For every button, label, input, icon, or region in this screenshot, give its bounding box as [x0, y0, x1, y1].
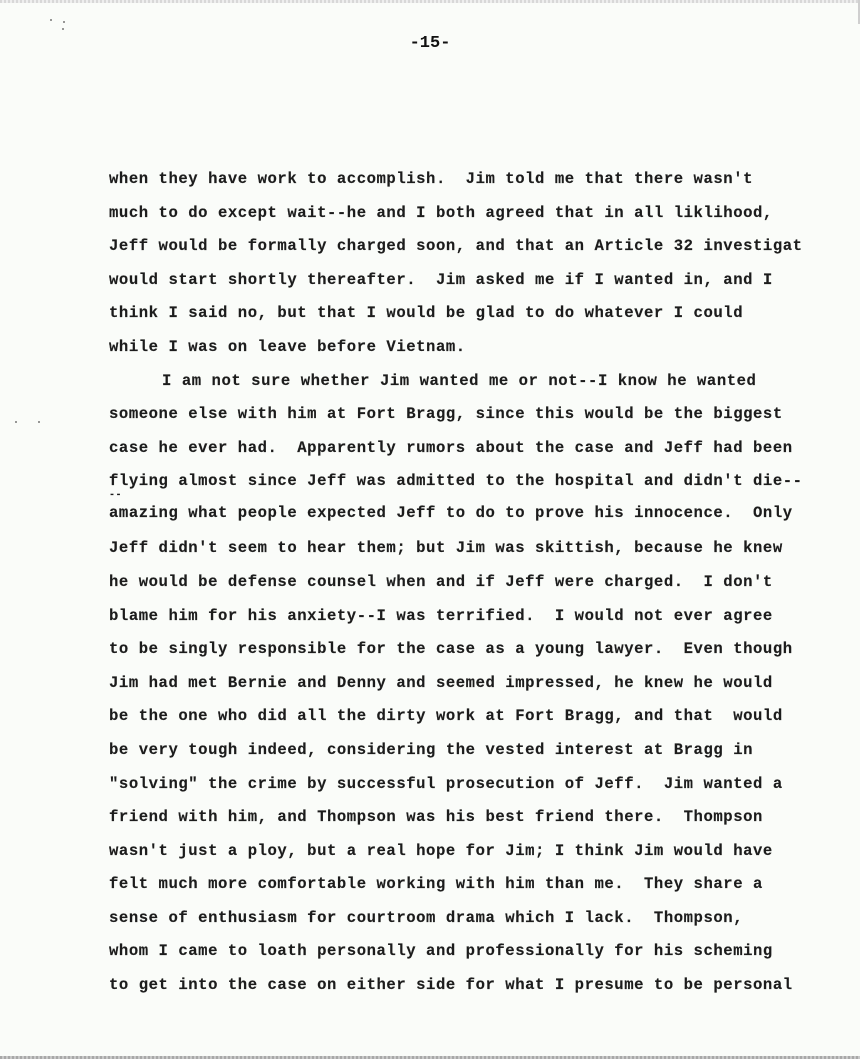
- text-line: someone else with him at Fort Bragg, sin…: [109, 402, 849, 436]
- text-line: case he ever had. Apparently rumors abou…: [109, 436, 849, 470]
- text-line: be very tough indeed, considering the ve…: [109, 738, 849, 772]
- document-body: when they have work to accomplish. Jim t…: [109, 167, 849, 1007]
- text-line: to get into the case on either side for …: [109, 973, 849, 1007]
- scan-speck: [63, 21, 65, 23]
- scan-speck: [50, 19, 52, 21]
- text-line: flying almost since Jeff was admitted to…: [109, 469, 849, 491]
- scan-speck: [62, 28, 64, 30]
- text-line: be the one who did all the dirty work at…: [109, 704, 849, 738]
- scan-speck: [15, 421, 17, 423]
- text-line: to be singly responsible for the case as…: [109, 637, 849, 671]
- text-line: think I said no, but that I would be gla…: [109, 301, 849, 335]
- text-line: whom I came to loath personally and prof…: [109, 939, 849, 973]
- text-line: wasn't just a ploy, but a real hope for …: [109, 839, 849, 873]
- text-line: would start shortly thereafter. Jim aske…: [109, 268, 849, 302]
- scan-speck: [38, 421, 40, 423]
- text-line: Jeff would be formally charged soon, and…: [109, 234, 849, 268]
- text-line: "solving" the crime by successful prosec…: [109, 772, 849, 806]
- text-line: Jeff didn't seem to hear them; but Jim w…: [109, 536, 849, 570]
- text-line: felt much more comfortable working with …: [109, 872, 849, 906]
- scan-top-edge: [0, 0, 860, 3]
- text-line: when they have work to accomplish. Jim t…: [109, 167, 849, 201]
- text-line: while I was on leave before Vietnam.: [109, 335, 849, 369]
- text-line: Jim had met Bernie and Denny and seemed …: [109, 671, 849, 705]
- text-line: amazing what people expected Jeff to do …: [109, 501, 849, 536]
- hyphen-continuation: --: [109, 491, 849, 501]
- text-line: much to do except wait--he and I both ag…: [109, 201, 849, 235]
- text-line: blame him for his anxiety--I was terrifi…: [109, 604, 849, 638]
- text-line: friend with him, and Thompson was his be…: [109, 805, 849, 839]
- text-line: sense of enthusiasm for courtroom drama …: [109, 906, 849, 940]
- paragraph-start-line: I am not sure whether Jim wanted me or n…: [109, 369, 849, 403]
- page-number: -15-: [0, 34, 860, 53]
- text-line: he would be defense counsel when and if …: [109, 570, 849, 604]
